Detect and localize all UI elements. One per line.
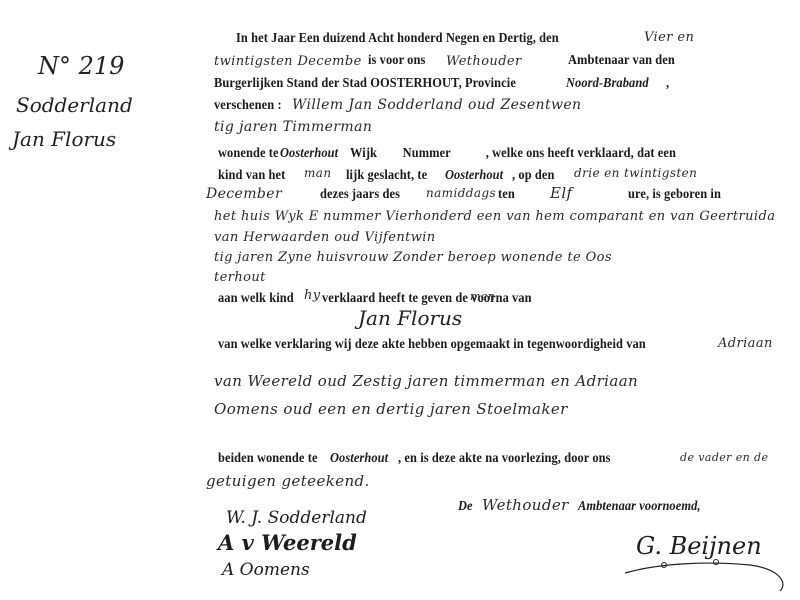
province: Noord-Braband (566, 75, 649, 91)
place: Oosterhout (445, 167, 503, 183)
line-1: In het Jaar Een duizend Acht honderd Neg… (236, 29, 587, 47)
handwritten-title: Wethouder (446, 54, 522, 69)
printed-text: , (666, 75, 669, 91)
printed-text: aan welk kind (218, 290, 294, 306)
printed-text: van (512, 290, 532, 306)
printed-text: De (458, 498, 473, 514)
handwritten-witness-1: van Weereld oud Zestig jaren timmerman e… (214, 372, 638, 390)
printed-text: verschenen : (214, 97, 282, 113)
handwritten-date: drie en twintigsten (574, 166, 697, 180)
handwritten-place-cont: terhout (214, 270, 266, 285)
handwritten-declarant: Willem Jan Sodderland oud Zesentwen (292, 97, 581, 113)
handwritten-witness-2: Oomens oud een en dertig jaren Stoelmake… (214, 400, 568, 418)
printed-text: Wijk Nummer , welke ons heeft verklaard,… (350, 145, 676, 161)
signature-witness-2: A Oomens (222, 560, 310, 580)
handwritten-signers: de vader en de (680, 451, 768, 464)
handwritten-mother-details: tig jaren Zyne huisvrouw Zonder beroep w… (214, 250, 612, 265)
printed-text: ten (498, 186, 515, 202)
signature-father: W. J. Sodderland (226, 508, 367, 528)
handwritten-day: Vier en (644, 30, 694, 45)
printed-text: lijk geslacht, te (346, 167, 427, 183)
handwritten-month: December (206, 186, 282, 202)
handwritten-birthplace-mother: het huis Wyk E nummer Vierhonderd een va… (214, 206, 794, 248)
handwritten-hour: Elf (550, 184, 573, 202)
handwritten-day-cont: twintigsten Decembe (214, 54, 362, 69)
place: Oosterhout (280, 145, 338, 161)
handwritten-witness-start: Adriaan (718, 336, 773, 351)
signature-flourish (620, 555, 790, 595)
printed-text: kind van het (218, 167, 285, 183)
handwritten-signed: getuigen geteekend. (206, 472, 370, 490)
handwritten-suffix: men (470, 290, 495, 303)
printed-text: ure, is geboren in (628, 186, 721, 202)
printed-text: dezes jaars des (320, 186, 400, 202)
handwritten-title: Wethouder (482, 496, 569, 514)
printed-text: van welke verklaring wij deze akte hebbe… (218, 336, 646, 352)
handwritten-pronoun: hy (304, 288, 321, 303)
handwritten-sex: man (304, 166, 331, 180)
printed-text: In het Jaar Een duizend Acht honderd Neg… (236, 30, 559, 46)
printed-text: Ambtenaar van den (568, 52, 675, 68)
place: Oosterhout (330, 450, 388, 466)
printed-text: Ambtenaar voornoemd, (578, 498, 701, 514)
margin-surname: Sodderland (16, 93, 133, 117)
printed-text: Burgerlijken Stand der Stad OOSTERHOUT, … (214, 75, 516, 91)
printed-text: , op den (512, 167, 555, 183)
margin-given-names: Jan Florus (12, 127, 116, 151)
child-name: Jan Florus (358, 306, 462, 330)
record-number: N° 219 (38, 52, 124, 80)
printed-text: wonende te (218, 145, 279, 161)
printed-text: , en is deze akte na voorlezing, door on… (398, 450, 611, 466)
printed-text: is voor ons (368, 52, 425, 68)
signature-witness-1: A v Weereld (218, 530, 357, 555)
printed-text: beiden wonende te (218, 450, 318, 466)
handwritten-time-of-day: namiddags (426, 186, 496, 200)
handwritten-occupation: tig jaren Timmerman (214, 119, 372, 135)
